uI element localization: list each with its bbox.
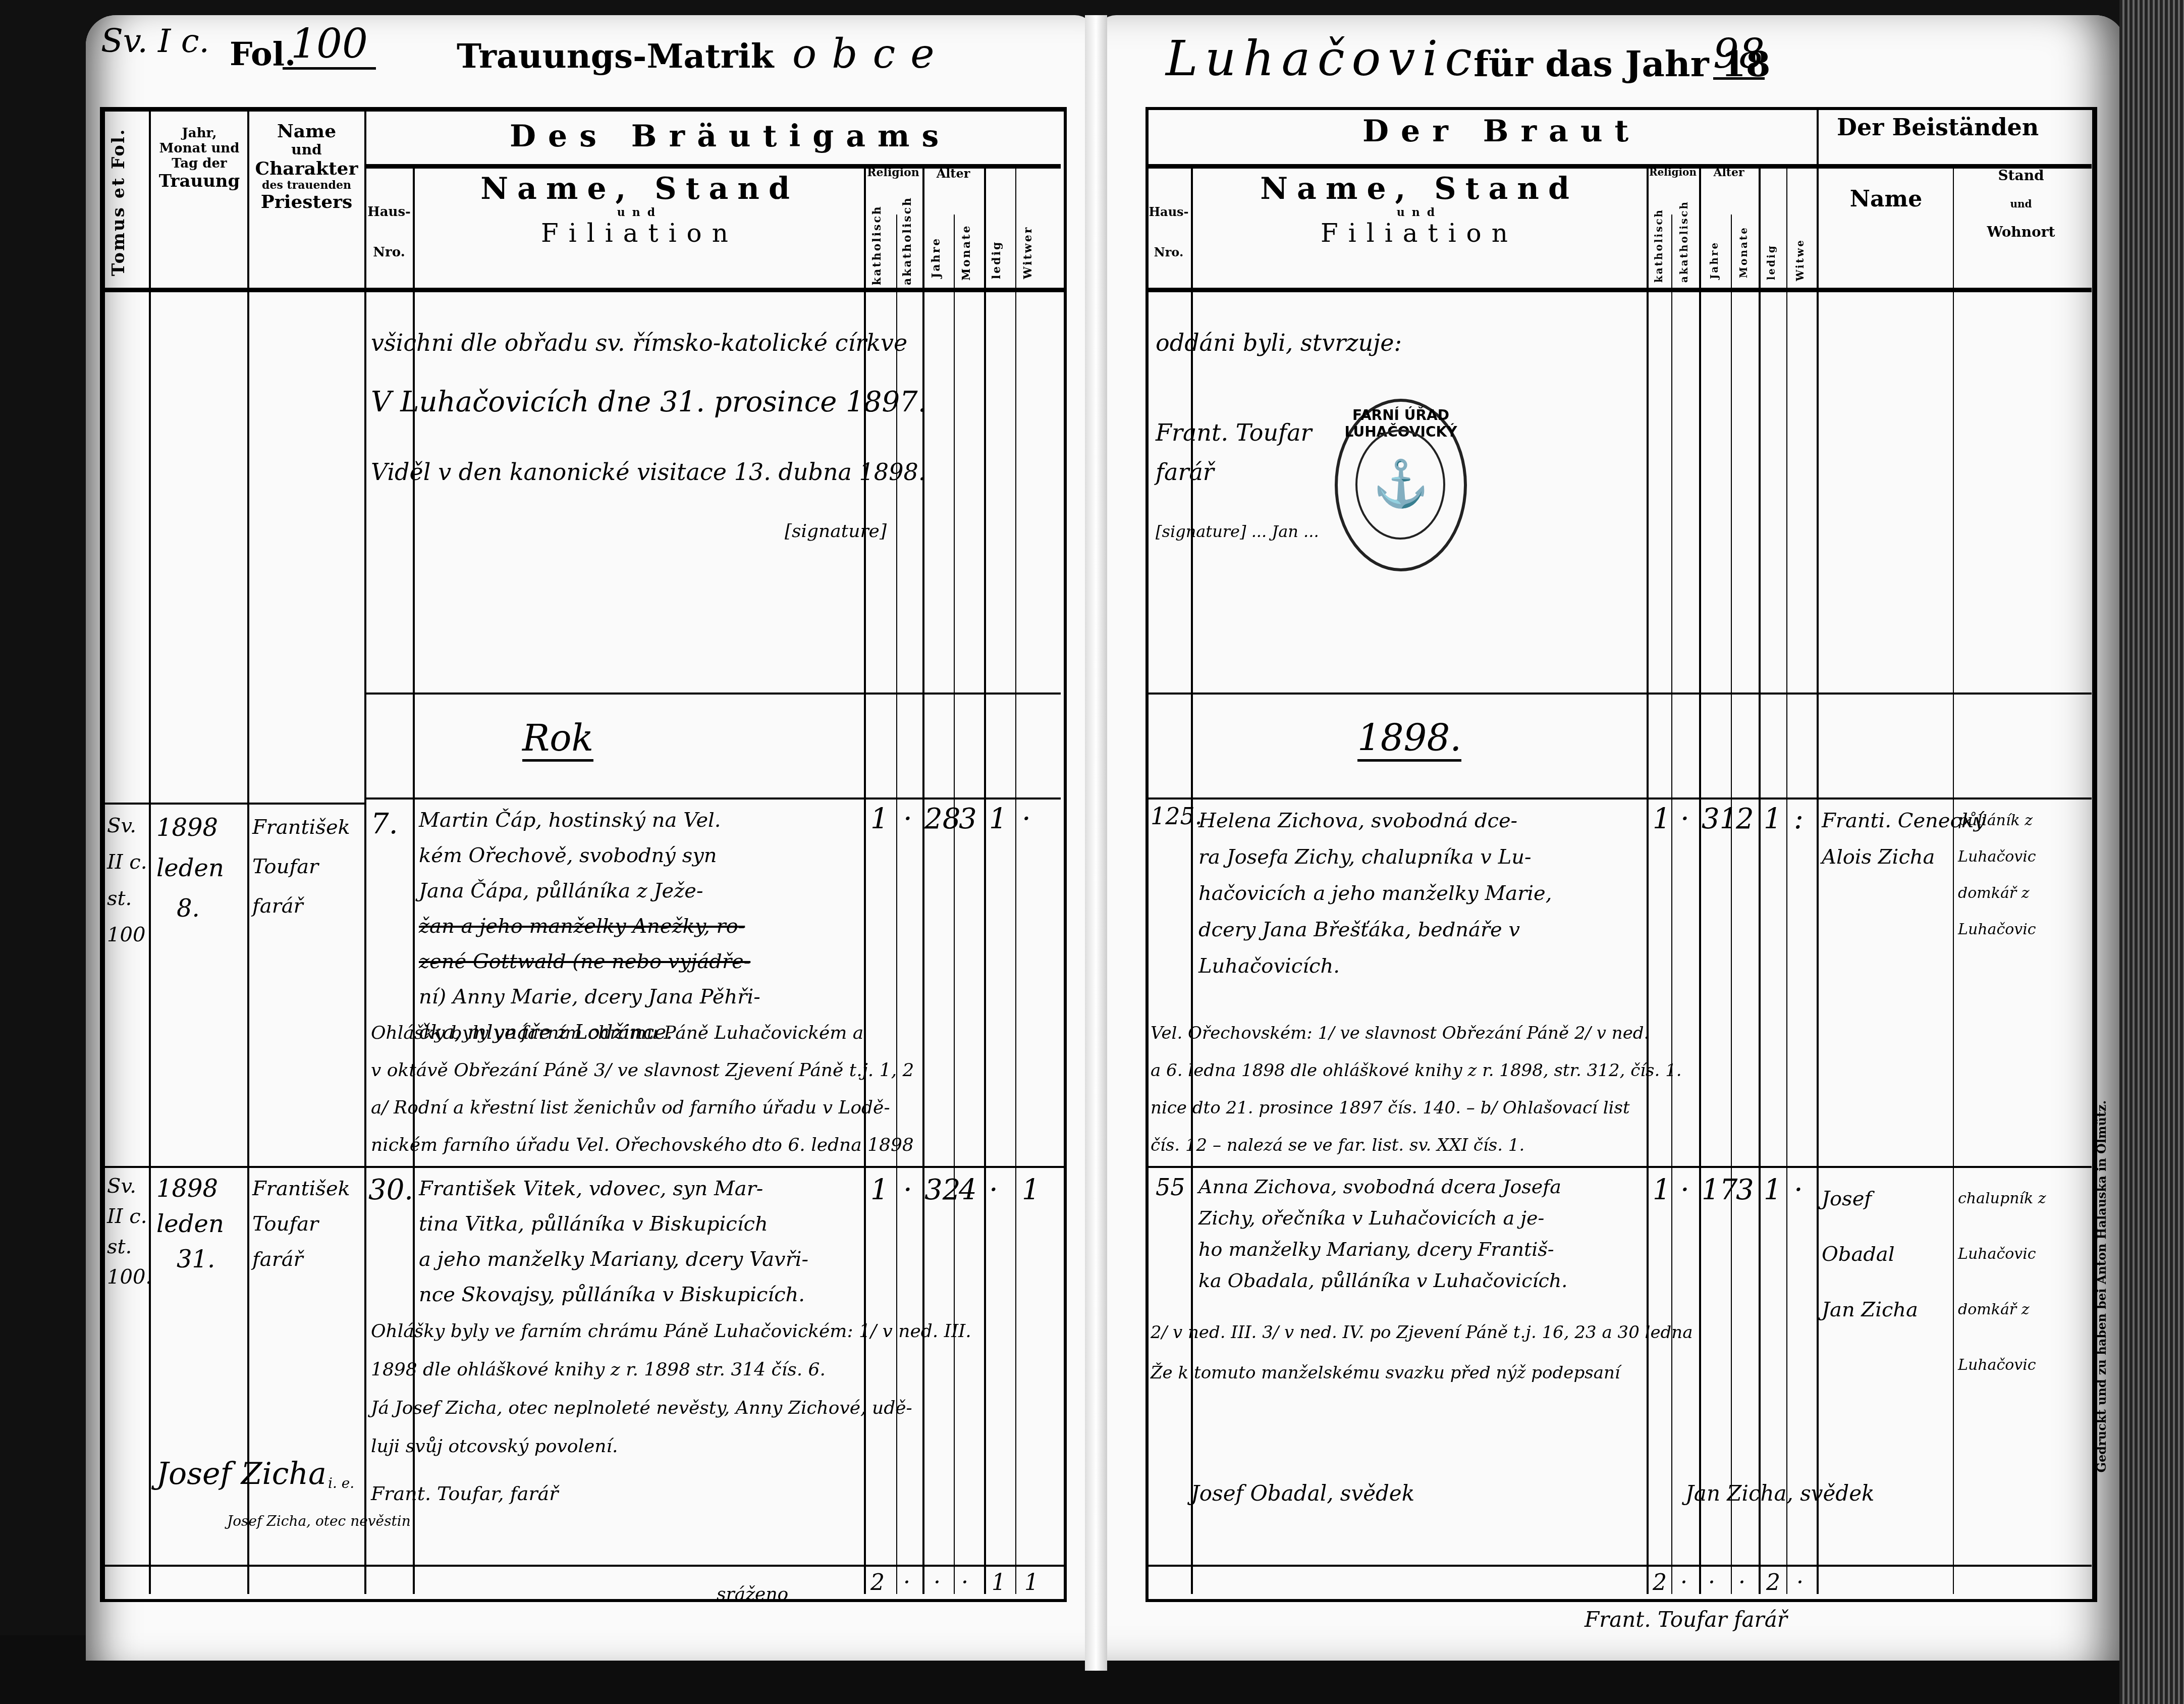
entry2-groom-house: 30. <box>368 1174 413 1206</box>
entry2-bride-years: 17 <box>1702 1174 1737 1206</box>
bride-col-acatholic: akatholisch <box>1678 217 1690 283</box>
col-priest-header: NameundCharakterdes trauendenPriesters <box>250 121 363 213</box>
entry1-groom-widower: · <box>1022 803 1031 835</box>
totals-groom-months: · <box>961 1570 968 1595</box>
entry1-groom-years: 28 <box>924 803 960 835</box>
entry2-bride-acatholic: · <box>1680 1174 1689 1206</box>
entry2-banns-left: Ohlášky byly ve farním chrámu Páně Luhač… <box>371 1312 971 1466</box>
place-name: Luhačovic <box>1166 30 1479 87</box>
year-divider-right: 1898. <box>1357 717 1461 762</box>
entry2-groom-catholic: 1 <box>870 1174 889 1206</box>
col-widower: Witwer <box>1021 222 1034 283</box>
entry1-groom-house: 7. <box>371 808 398 840</box>
entry2-witness-places: chalupník z Luhačovicdomkář z Luhačovic <box>1958 1171 2084 1393</box>
divider <box>100 1166 1064 1168</box>
register-scope: obce <box>792 30 950 77</box>
entry2-bride-months: 3 <box>1736 1174 1754 1206</box>
totals-bride-acatholic: · <box>1680 1570 1687 1595</box>
witness-section-title: Der Beiständen <box>1837 114 2039 141</box>
divider <box>1145 797 2092 800</box>
totals-bride-years: · <box>1708 1570 1715 1595</box>
col-name-header: Name, Stand und Filiation <box>416 172 863 248</box>
divider <box>984 167 986 1594</box>
witness-place-header: StandundWohnort <box>1955 162 2087 246</box>
col-tomus-header: Tomus et Fol. <box>108 121 129 283</box>
col-acatholic: akatholisch <box>901 215 914 285</box>
entry1-bride-months: 2 <box>1736 803 1754 835</box>
entry1-tomus: Sv.II c.st.100 <box>107 808 147 953</box>
entry1-groom-single: 1 <box>989 803 1007 835</box>
divider <box>364 693 1061 695</box>
entry1-groom-months: 3 <box>959 803 977 835</box>
entry2-date: 1898leden31. <box>156 1171 224 1277</box>
entry2-groom-acatholic: · <box>903 1174 912 1206</box>
year-divider-left: Rok <box>522 717 593 762</box>
year-value: 98 <box>1713 30 1765 80</box>
divider <box>1145 1565 2092 1567</box>
entry1-groom-details: Martin Čáp, hostinský na Vel.kém Ořechov… <box>419 803 760 1050</box>
bride-col-house-header: Haus-Nro. <box>1146 192 1191 273</box>
totals-bride-widow: · <box>1796 1570 1804 1595</box>
parish-office-stamp: FARNÍ ÚŘAD LUHAČOVICKÝ ⚓ <box>1335 399 1467 571</box>
divider <box>247 110 249 1594</box>
col-months: Monate <box>960 222 973 283</box>
divider <box>1699 167 1701 1594</box>
entry2-signature-mark: i. e. <box>328 1464 354 1503</box>
entry2-witness-signature-2: Jan Zicha, svědek <box>1685 1474 1875 1513</box>
totals-groom-acatholic: · <box>903 1570 910 1595</box>
age-header: Alter <box>922 167 984 181</box>
divider <box>100 803 364 805</box>
entry2-father-signature: Josef Zicha <box>156 1454 326 1494</box>
divider <box>100 1565 1064 1567</box>
entry2-groom-months: 4 <box>959 1174 977 1206</box>
entry2-bride-single: 1 <box>1764 1174 1782 1206</box>
left-reference: Sv. I c. <box>101 23 209 60</box>
entry1-bride-acatholic: · <box>1680 803 1689 835</box>
divider <box>1786 167 1787 1594</box>
entry2-bride-house: 55 <box>1156 1174 1185 1201</box>
register-title: Trauungs-Matrik <box>457 36 774 76</box>
divider <box>1759 167 1761 1594</box>
totals-groom-catholic: 2 <box>870 1570 885 1595</box>
entry1-banns-left: Ohlášky byly ve farním chrámu Páně Luhač… <box>371 1015 914 1164</box>
groom-section-title: Des Bräutigams <box>510 119 951 154</box>
bride-col-months: Monate <box>1737 222 1750 283</box>
entry2-witness-signature-1: Josef Obadal, svědek <box>1191 1474 1414 1513</box>
cross-anchor-heart-icon: ⚓ <box>1338 457 1464 510</box>
divider <box>1145 1166 2092 1168</box>
entry1-witness-places: půlláník z Luhačovicdomkář z Luhačovic <box>1958 803 2084 948</box>
closing-note-left: všichni dle obřadu sv. římsko-katolické … <box>371 323 926 551</box>
divider <box>100 107 1064 112</box>
entry1-bride-catholic: 1 <box>1653 803 1671 835</box>
entry2-tomus: Sv.II c.st.100. <box>107 1171 152 1292</box>
entry1-priest: FrantišekToufarfarář <box>252 808 350 926</box>
totals-bride-single: 2 <box>1766 1570 1780 1595</box>
entry2-bride-catholic: 1 <box>1653 1174 1671 1206</box>
entry2-signatures-left: Frant. Toufar, farář <box>371 1474 558 1513</box>
totals-bride-months: · <box>1738 1570 1745 1595</box>
totals-bride-catholic: 2 <box>1653 1570 1667 1595</box>
divider <box>1731 215 1732 1594</box>
bride-religion-header: Religion <box>1647 167 1699 178</box>
divider <box>1817 110 1819 1594</box>
col-single: ledig <box>990 237 1003 283</box>
divider <box>364 797 1061 800</box>
witness-name-header: Name <box>1819 187 1953 212</box>
page-edges <box>2119 0 2184 1704</box>
entry1-bride-widow: : <box>1794 803 1804 835</box>
totals-groom-widower: 1 <box>1024 1570 1039 1595</box>
entry2-groom-years: 32 <box>924 1174 960 1206</box>
divider <box>1953 167 1954 1594</box>
entry2-banns-right: 2/ v ned. III. 3/ v ned. IV. po Zjevení … <box>1151 1312 1693 1393</box>
entry2-priest: FrantišekToufarfarář <box>252 1171 350 1277</box>
divider <box>1145 164 2092 169</box>
divider <box>100 288 1064 292</box>
entry2-witness-names: Josef ObadalJan Zicha <box>1822 1171 1948 1338</box>
entry2-groom-widower: 1 <box>1022 1174 1040 1206</box>
col-date-header: Jahr,Monat undTag derTrauung <box>151 126 247 191</box>
entry2-bride-details: Anna Zichova, svobodná dcera JosefaZichy… <box>1198 1171 1567 1296</box>
col-years: Jahre <box>930 232 943 283</box>
entry1-bride-years: 31 <box>1702 803 1737 835</box>
entry1-date: 1898leden8. <box>156 808 224 929</box>
divider <box>149 110 151 1594</box>
entry1-bride-details: Helena Zichova, svobodná dce-ra Josefa Z… <box>1198 803 1552 984</box>
divider <box>1145 693 2092 695</box>
book-spine <box>1085 15 1107 1671</box>
bride-col-single: ledig <box>1765 242 1777 283</box>
bride-age-header: Alter <box>1699 167 1759 179</box>
bride-section-title: Der Braut <box>1362 114 1641 149</box>
col-catholic: katholisch <box>870 215 884 285</box>
entry2-groom-details: František Vitek, vdovec, syn Mar-tina Vi… <box>419 1171 808 1312</box>
totals-groom-years: · <box>934 1570 941 1595</box>
religion-header: Religion <box>864 167 922 179</box>
entry2-groom-single: · <box>989 1174 998 1206</box>
entry1-groom-acatholic: · <box>903 803 912 835</box>
entry2-bride-widow: · <box>1794 1174 1803 1206</box>
divider <box>1145 288 2092 292</box>
divider <box>1015 167 1016 1594</box>
totals-label: sráženo <box>717 1575 788 1614</box>
bride-col-years: Jahre <box>1708 237 1720 283</box>
bride-col-widow: Witwe <box>1794 237 1806 283</box>
bride-col-name-header: Name, Stand und Filiation <box>1193 172 1645 248</box>
entry1-groom-catholic: 1 <box>870 803 889 835</box>
entry1-banns-right: Vel. Ořechovském: 1/ ve slavnost Obřezán… <box>1151 1015 1682 1164</box>
fol-number: 100 <box>283 20 376 70</box>
final-signature: Frant. Toufar farář <box>1585 1600 1787 1639</box>
entry1-bride-house: 125. <box>1151 803 1202 830</box>
printer-imprint: Gedruckt und zu haben bei Anton Halauska… <box>2094 1100 2109 1472</box>
totals-groom-single: 1 <box>992 1570 1006 1595</box>
col-house-header: Haus-Nro. <box>365 192 413 273</box>
divider <box>364 110 366 1594</box>
entry1-bride-single: 1 <box>1764 803 1782 835</box>
bride-col-catholic: katholisch <box>1653 217 1665 283</box>
